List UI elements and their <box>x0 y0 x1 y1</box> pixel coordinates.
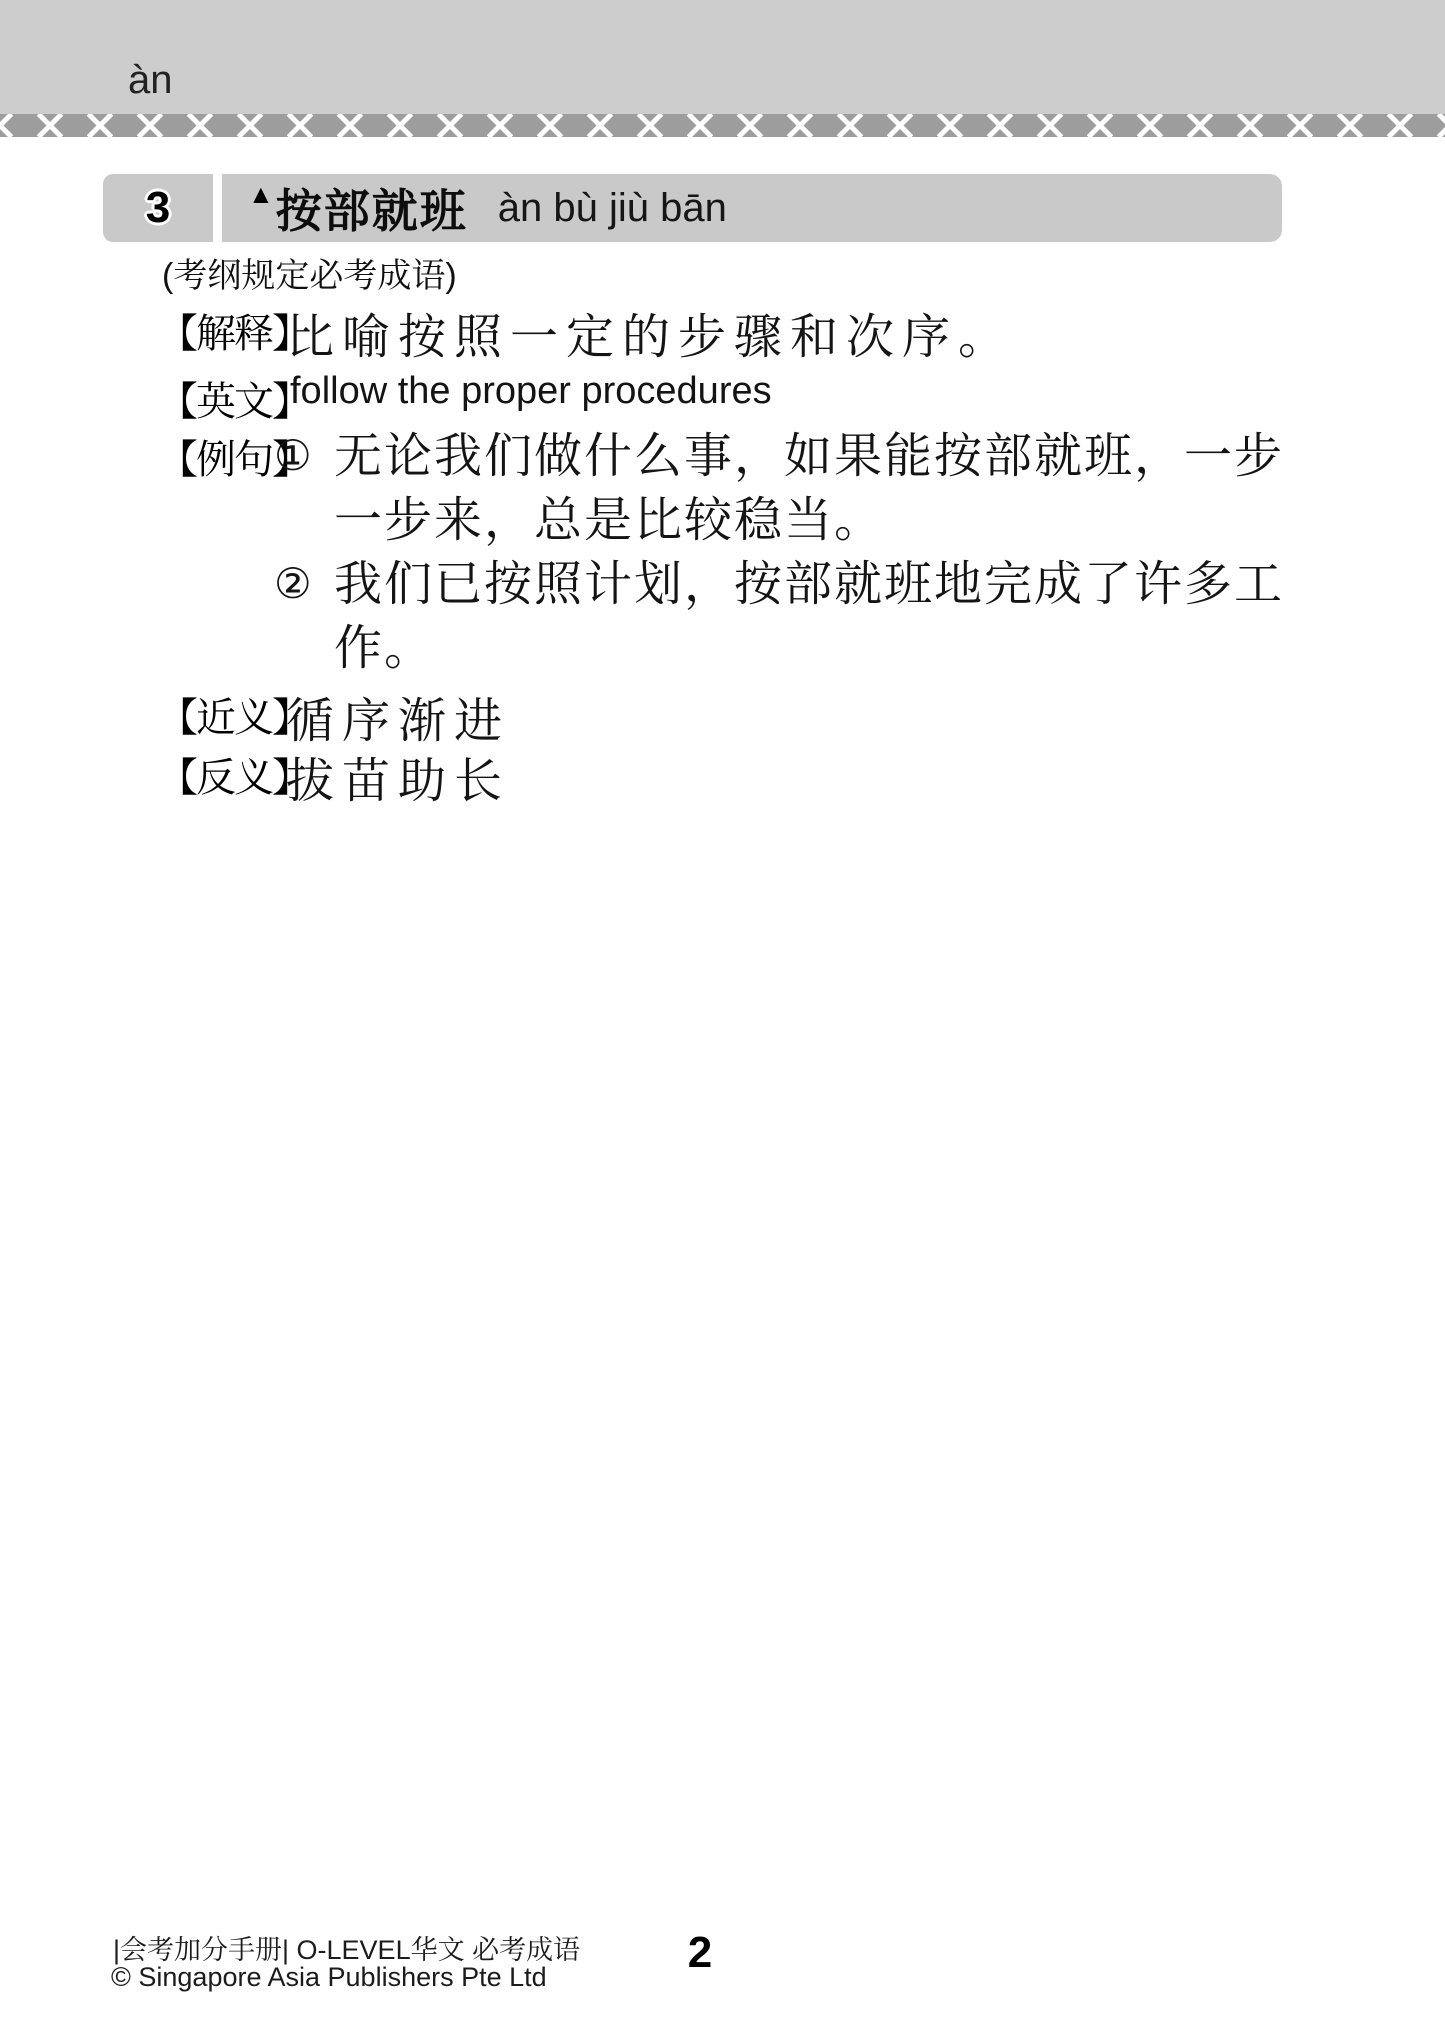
page-number: 2 <box>655 1928 745 1978</box>
example-1-lines: 无论我们做什么事，如果能按部就班，一步 一步来，总是比较稳当。 <box>334 424 1284 552</box>
example-1-line-2: 一步来，总是比较稳当。 <box>334 488 1284 552</box>
antonym-text: 拔苗助长 <box>286 742 510 811</box>
antonym-label: 【反义】 <box>158 742 274 803</box>
examples-list: ① 无论我们做什么事，如果能按部就班，一步 一步来，总是比较稳当。 ② 我们已按… <box>274 424 1284 680</box>
examples-row: 【例句】 ① 无论我们做什么事，如果能按部就班，一步 一步来，总是比较稳当。 ②… <box>158 424 1284 680</box>
definition-row: 【解释】 比喻按照一定的步骤和次序。 <box>158 298 1014 367</box>
pinyin-index-label: àn <box>128 58 173 103</box>
synonym-text: 循序渐进 <box>286 682 510 751</box>
page-top-band: àn <box>0 0 1445 114</box>
entry-title-bar: ▲ 按部就班 àn bù jiù bān <box>222 174 1282 242</box>
entry-pinyin: àn bù jiù bān <box>498 186 727 231</box>
definition-label: 【解释】 <box>158 298 274 359</box>
antonym-row: 【反义】 拔苗助长 <box>158 742 510 811</box>
example-2-number: ② <box>274 552 334 616</box>
entry-idiom: 按部就班 <box>276 175 468 241</box>
entry-number-box: 3 <box>103 174 213 242</box>
english-row: 【英文】 follow the proper procedures <box>158 366 772 427</box>
chain-pattern-svg <box>0 114 1445 137</box>
entry-note: (考纲规定必考成语) <box>162 248 457 297</box>
footer-copyright: © Singapore Asia Publishers Pte Ltd <box>111 1962 547 1993</box>
synonym-label: 【近义】 <box>158 682 274 743</box>
entry-number: 3 <box>146 183 170 233</box>
chain-pattern-divider <box>0 114 1445 137</box>
english-text: follow the proper procedures <box>290 366 772 413</box>
entry-header: 3 ▲ 按部就班 àn bù jiù bān <box>103 174 1282 242</box>
triangle-marker-icon: ▲ <box>248 179 274 210</box>
example-item-2: ② 我们已按照计划，按部就班地完成了许多工 作。 <box>274 552 1284 680</box>
synonym-row: 【近义】 循序渐进 <box>158 682 510 751</box>
definition-text: 比喻按照一定的步骤和次序。 <box>286 298 1014 367</box>
example-item-1: ① 无论我们做什么事，如果能按部就班，一步 一步来，总是比较稳当。 <box>274 424 1284 552</box>
english-label: 【英文】 <box>158 366 274 427</box>
entry-header-divider <box>213 174 222 242</box>
examples-label: 【例句】 <box>158 424 274 485</box>
example-2-line-2: 作。 <box>334 616 1284 680</box>
example-1-line-1: 无论我们做什么事，如果能按部就班，一步 <box>334 424 1284 488</box>
example-2-lines: 我们已按照计划，按部就班地完成了许多工 作。 <box>334 552 1284 680</box>
example-2-line-1: 我们已按照计划，按部就班地完成了许多工 <box>334 552 1284 616</box>
example-1-number: ① <box>274 424 334 488</box>
